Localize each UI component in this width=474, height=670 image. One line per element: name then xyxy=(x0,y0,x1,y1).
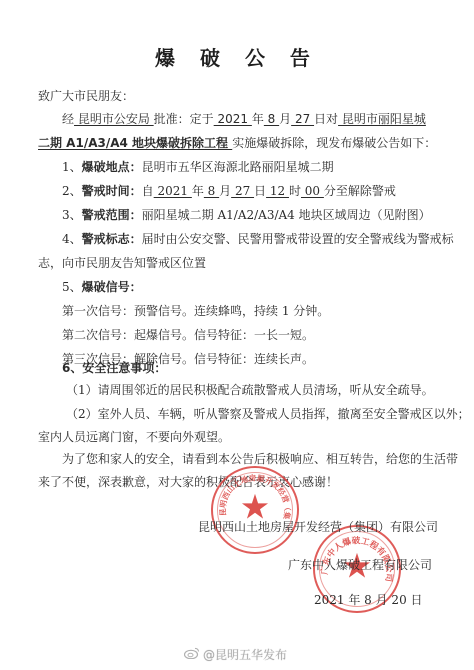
item-4-continuation: 志，向市民朋友告知警戒区位置 xyxy=(38,255,206,271)
cordon-minute: 00 xyxy=(301,184,324,198)
intro-suffix: 实施爆破拆除，现发布爆破公告如下： xyxy=(232,136,436,150)
item-text: 丽阳星城二期 A1/A2/A3/A4 地块区域周边（见附图） xyxy=(142,208,431,222)
salutation: 致广大市民朋友： xyxy=(38,88,134,104)
project-name-part2: 二期 A1/A3/A4 地块爆破拆除工程 xyxy=(38,136,232,150)
signature-company-2: 广东中人爆破工程有限公司 xyxy=(288,556,432,573)
item-label: 警戒标志： xyxy=(82,232,142,246)
year-unit: 年 xyxy=(192,184,204,198)
month-unit: 月 xyxy=(279,112,291,126)
item-number: 2、 xyxy=(62,184,82,198)
safety-heading: 6、安全注意事项： xyxy=(62,360,166,376)
item-text: 自 xyxy=(142,184,154,198)
item-label: 警戒范围： xyxy=(82,208,142,222)
month-unit: 月 xyxy=(219,184,231,198)
item-text: 昆明市五华区海源北路丽阳星城二期 xyxy=(142,160,334,174)
approving-authority: 昆明市公安局 xyxy=(74,112,154,126)
year-unit: 年 xyxy=(252,112,264,126)
safety-point-2: （2）室外人员、车辆，听从警察及警戒人员指挥，撤离至安全警戒区以外； xyxy=(66,406,470,422)
item-2: 2、警戒时间：自 2021 年 8 月 27 日 12 时 00 分至解除警戒 xyxy=(62,183,396,199)
announcement-page: 爆 破 公 告 致广大市民朋友： 经 昆明市公安局 批准：定于 2021 年 8… xyxy=(0,0,474,670)
item-3: 3、警戒范围：丽阳星城二期 A1/A2/A3/A4 地块区域周边（见附图） xyxy=(62,207,431,223)
safety-continuation: 室内人员远离门窗，不要向外观望。 xyxy=(38,429,230,445)
item-number: 1、 xyxy=(62,160,82,174)
item-5: 5、爆破信号： xyxy=(62,279,142,295)
intro-day: 27 xyxy=(291,112,314,126)
company-seal-1: 昆明西山土地房屋开发经营（集团）有限公司 ★ xyxy=(211,466,299,554)
intro-year: 2021 xyxy=(214,112,252,126)
signal-2: 第二次信号：起爆信号。信号特征：一长一短。 xyxy=(62,327,314,343)
hour-unit: 时 xyxy=(289,184,301,198)
item-number: 3、 xyxy=(62,208,82,222)
project-name-part1: 昆明市丽阳星城 xyxy=(338,112,426,126)
item-number: 5、 xyxy=(62,280,82,294)
intro-approved: 批准：定于 xyxy=(154,112,214,126)
day-unit: 日对 xyxy=(314,112,338,126)
item-number: 4、 xyxy=(62,232,82,246)
intro-month: 8 xyxy=(264,112,279,126)
item-text-suffix: 分至解除警戒 xyxy=(324,184,396,198)
item-label: 爆破信号： xyxy=(82,280,142,294)
item-label: 爆破地点： xyxy=(82,160,142,174)
cordon-year: 2021 xyxy=(154,184,192,198)
intro-line-2: 二期 A1/A3/A4 地块爆破拆除工程 实施爆破拆除，现发布爆破公告如下： xyxy=(38,135,436,151)
item-text: 届时由公安交警、民警用警戒带设置的安全警戒线为警戒标 xyxy=(142,232,454,246)
item-label: 警戒时间： xyxy=(82,184,142,198)
cordon-day: 27 xyxy=(231,184,254,198)
intro-prefix: 经 xyxy=(62,112,74,126)
cordon-month: 8 xyxy=(204,184,219,198)
watermark-text: @昆明五华发布 xyxy=(203,648,287,662)
item-1: 1、爆破地点：昆明市五华区海源北路丽阳星城二期 xyxy=(62,159,334,175)
page-title: 爆 破 公 告 xyxy=(0,42,474,71)
safety-point-1: （1）请周围邻近的居民积极配合疏散警戒人员清场，听从安全疏导。 xyxy=(66,382,434,398)
closing-line-1: 为了您和家人的安全，请看到本公告后积极响应、相互转告，给您的生活带 xyxy=(62,451,458,467)
intro-line-1: 经 昆明市公安局 批准：定于 2021 年 8 月 27 日对 昆明市丽阳星城 xyxy=(62,111,426,127)
signature-company-1: 昆明西山土地房屋开发经营（集团）有限公司 xyxy=(198,518,438,535)
item-4: 4、警戒标志：届时由公安交警、民警用警戒带设置的安全警戒线为警戒标 xyxy=(62,231,454,247)
watermark: @昆明五华发布 xyxy=(184,646,287,663)
signature-date: 2021 年 8 月 20 日 xyxy=(314,591,423,608)
signal-1: 第一次信号：预警信号。连续蜂鸣，持续 1 分钟。 xyxy=(62,303,329,319)
weibo-icon xyxy=(184,647,200,662)
cordon-hour: 12 xyxy=(266,184,289,198)
day-unit: 日 xyxy=(254,184,266,198)
